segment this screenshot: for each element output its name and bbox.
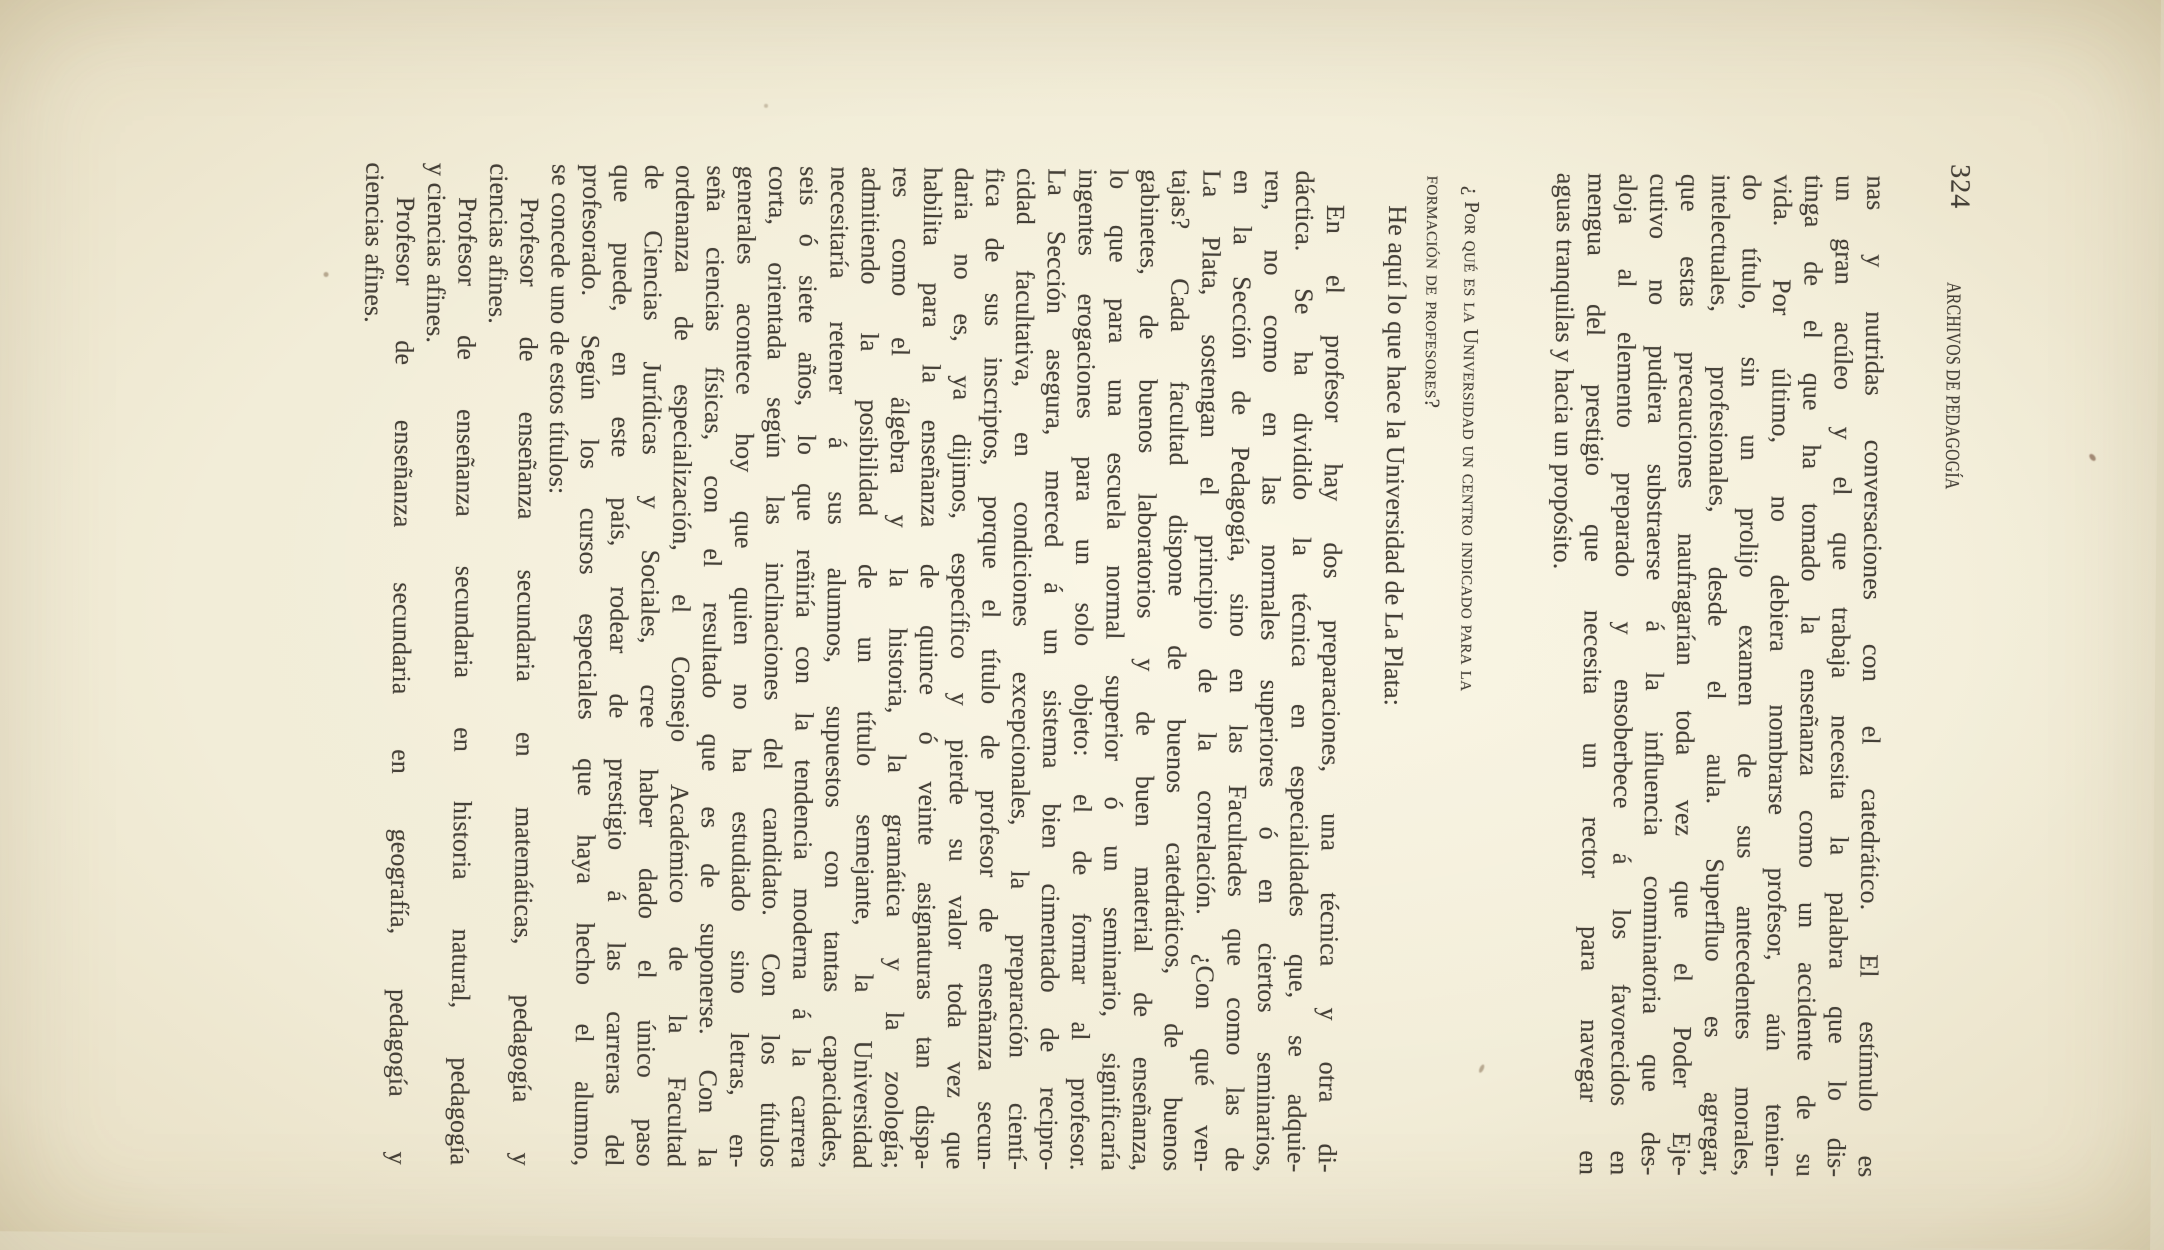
scanned-book-page: 324 ARCHIVOS DE PEDAGOGÍA nas y nutridas… — [0, 0, 2164, 1250]
degree-title-3: Profesor de enseñanza secundaria en geog… — [351, 162, 422, 1165]
section-heading: ¿ Por qué es la Universidad un centro in… — [1407, 176, 1492, 1179]
paper-speck — [324, 272, 329, 277]
running-title: ARCHIVOS DE PEDAGOGÍA — [1940, 282, 1965, 490]
paper-speck — [2088, 453, 2097, 462]
paragraph-1: nas y nutridas conversaciones con el cat… — [1542, 173, 1892, 1178]
degree-title-2: Profesor de enseñanza secundaria en hist… — [413, 163, 484, 1166]
page-sheet: 324 ARCHIVOS DE PEDAGOGÍA nas y nutridas… — [0, 0, 2161, 1250]
paper-speck — [764, 104, 768, 108]
paragraph-2: En el profesor hay dos preparaciones, un… — [537, 164, 1352, 1173]
page-number: 324 — [1943, 164, 1975, 209]
degree-title-1: Profesor de enseñanza secundaria en mate… — [475, 163, 546, 1166]
